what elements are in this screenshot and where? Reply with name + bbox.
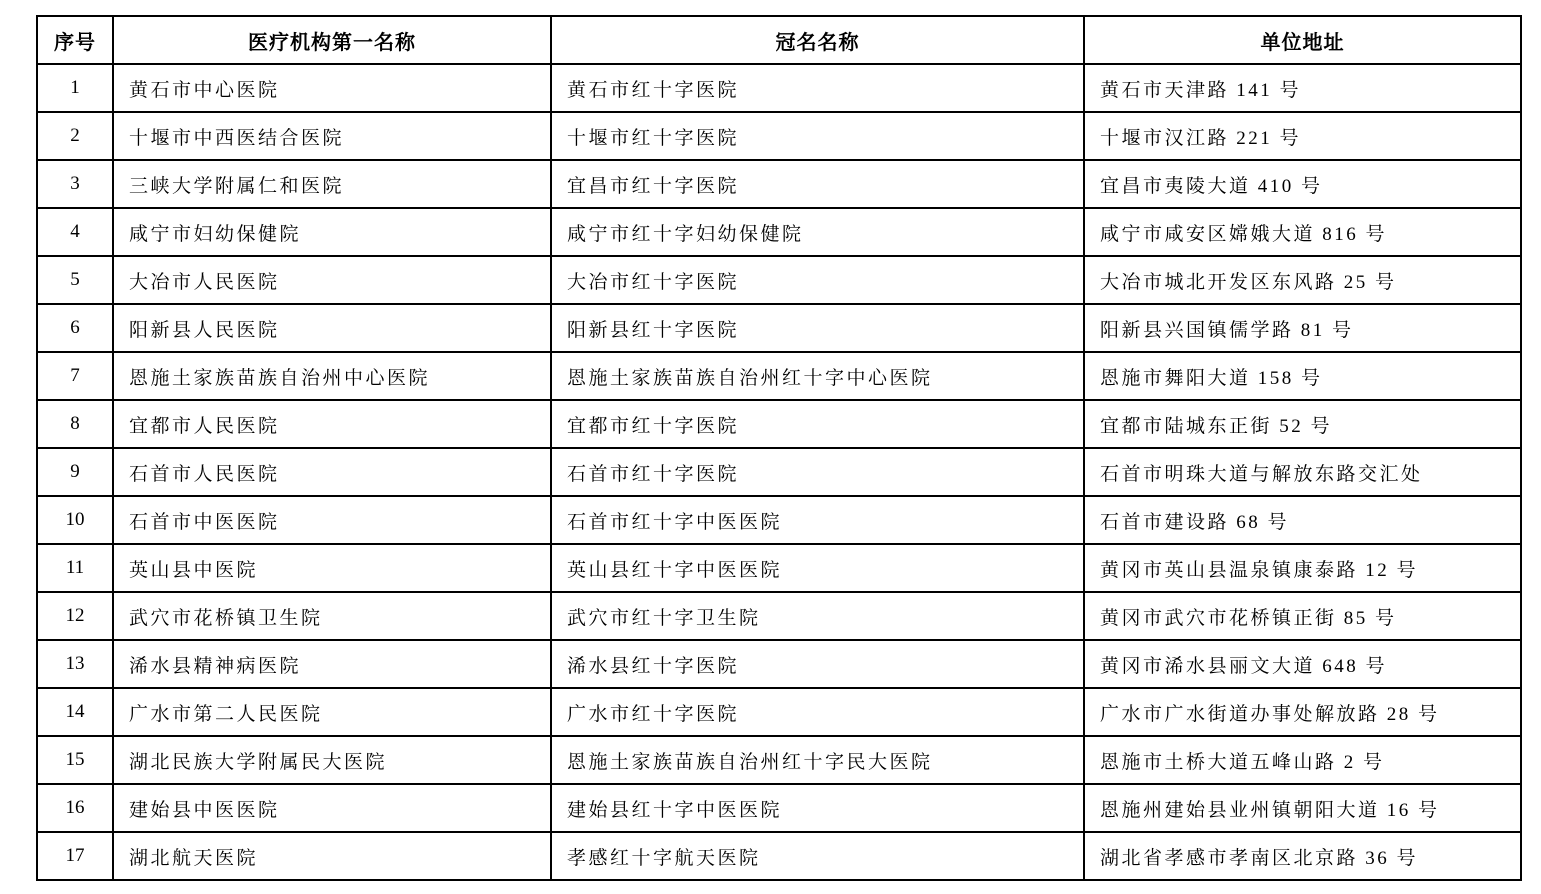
- institution-name-cell: 大冶市人民医院: [113, 256, 551, 304]
- serial-cell: 12: [37, 592, 113, 640]
- address-cell: 阳新县兴国镇儒学路 81 号: [1084, 304, 1521, 352]
- serial-cell: 17: [37, 832, 113, 880]
- address-cell: 十堰市汉江路 221 号: [1084, 112, 1521, 160]
- serial-cell: 13: [37, 640, 113, 688]
- header-institution-name: 医疗机构第一名称: [113, 16, 551, 64]
- address-cell: 宜都市陆城东正街 52 号: [1084, 400, 1521, 448]
- header-serial-number: 序号: [37, 16, 113, 64]
- institution-name-cell: 宜都市人民医院: [113, 400, 551, 448]
- serial-cell: 14: [37, 688, 113, 736]
- table-row: 14广水市第二人民医院广水市红十字医院广水市广水街道办事处解放路 28 号: [37, 688, 1521, 736]
- table-row: 9石首市人民医院石首市红十字医院石首市明珠大道与解放东路交汇处: [37, 448, 1521, 496]
- titled-name-cell: 浠水县红十字医院: [551, 640, 1084, 688]
- institution-name-cell: 三峡大学附属仁和医院: [113, 160, 551, 208]
- header-titled-name: 冠名名称: [551, 16, 1084, 64]
- serial-cell: 11: [37, 544, 113, 592]
- serial-cell: 10: [37, 496, 113, 544]
- table-row: 3三峡大学附属仁和医院宜昌市红十字医院宜昌市夷陵大道 410 号: [37, 160, 1521, 208]
- serial-cell: 15: [37, 736, 113, 784]
- address-cell: 宜昌市夷陵大道 410 号: [1084, 160, 1521, 208]
- address-cell: 咸宁市咸安区嫦娥大道 816 号: [1084, 208, 1521, 256]
- institution-name-cell: 湖北航天医院: [113, 832, 551, 880]
- address-cell: 大冶市城北开发区东风路 25 号: [1084, 256, 1521, 304]
- address-cell: 恩施市舞阳大道 158 号: [1084, 352, 1521, 400]
- titled-name-cell: 建始县红十字中医医院: [551, 784, 1084, 832]
- address-cell: 黄冈市英山县温泉镇康泰路 12 号: [1084, 544, 1521, 592]
- table-row: 17湖北航天医院孝感红十字航天医院湖北省孝感市孝南区北京路 36 号: [37, 832, 1521, 880]
- titled-name-cell: 石首市红十字中医医院: [551, 496, 1084, 544]
- institution-name-cell: 石首市中医医院: [113, 496, 551, 544]
- table-row: 4咸宁市妇幼保健院咸宁市红十字妇幼保健院咸宁市咸安区嫦娥大道 816 号: [37, 208, 1521, 256]
- address-cell: 黄冈市浠水县丽文大道 648 号: [1084, 640, 1521, 688]
- titled-name-cell: 英山县红十字中医医院: [551, 544, 1084, 592]
- address-cell: 恩施州建始县业州镇朝阳大道 16 号: [1084, 784, 1521, 832]
- table-row: 2十堰市中西医结合医院十堰市红十字医院十堰市汉江路 221 号: [37, 112, 1521, 160]
- titled-name-cell: 恩施土家族苗族自治州红十字民大医院: [551, 736, 1084, 784]
- document-page: 序号 医疗机构第一名称 冠名名称 单位地址 1黄石市中心医院黄石市红十字医院黄石…: [0, 0, 1541, 881]
- titled-name-cell: 大冶市红十字医院: [551, 256, 1084, 304]
- serial-cell: 7: [37, 352, 113, 400]
- address-cell: 广水市广水街道办事处解放路 28 号: [1084, 688, 1521, 736]
- address-cell: 黄石市天津路 141 号: [1084, 64, 1521, 112]
- serial-cell: 1: [37, 64, 113, 112]
- titled-name-cell: 阳新县红十字医院: [551, 304, 1084, 352]
- titled-name-cell: 宜昌市红十字医院: [551, 160, 1084, 208]
- serial-cell: 9: [37, 448, 113, 496]
- table-row: 6阳新县人民医院阳新县红十字医院阳新县兴国镇儒学路 81 号: [37, 304, 1521, 352]
- address-cell: 湖北省孝感市孝南区北京路 36 号: [1084, 832, 1521, 880]
- table-row: 1黄石市中心医院黄石市红十字医院黄石市天津路 141 号: [37, 64, 1521, 112]
- serial-cell: 16: [37, 784, 113, 832]
- address-cell: 恩施市土桥大道五峰山路 2 号: [1084, 736, 1521, 784]
- institution-name-cell: 英山县中医院: [113, 544, 551, 592]
- table-row: 16建始县中医医院建始县红十字中医医院恩施州建始县业州镇朝阳大道 16 号: [37, 784, 1521, 832]
- titled-name-cell: 咸宁市红十字妇幼保健院: [551, 208, 1084, 256]
- institution-name-cell: 咸宁市妇幼保健院: [113, 208, 551, 256]
- table-row: 15湖北民族大学附属民大医院恩施土家族苗族自治州红十字民大医院恩施市土桥大道五峰…: [37, 736, 1521, 784]
- serial-cell: 8: [37, 400, 113, 448]
- table-row: 8宜都市人民医院宜都市红十字医院宜都市陆城东正街 52 号: [37, 400, 1521, 448]
- address-cell: 石首市建设路 68 号: [1084, 496, 1521, 544]
- table-row: 12武穴市花桥镇卫生院武穴市红十字卫生院黄冈市武穴市花桥镇正街 85 号: [37, 592, 1521, 640]
- table-row: 11英山县中医院英山县红十字中医医院黄冈市英山县温泉镇康泰路 12 号: [37, 544, 1521, 592]
- serial-cell: 3: [37, 160, 113, 208]
- titled-name-cell: 恩施土家族苗族自治州红十字中心医院: [551, 352, 1084, 400]
- titled-name-cell: 孝感红十字航天医院: [551, 832, 1084, 880]
- institution-name-cell: 建始县中医医院: [113, 784, 551, 832]
- institution-name-cell: 武穴市花桥镇卫生院: [113, 592, 551, 640]
- serial-cell: 6: [37, 304, 113, 352]
- table-row: 7恩施土家族苗族自治州中心医院恩施土家族苗族自治州红十字中心医院恩施市舞阳大道 …: [37, 352, 1521, 400]
- titled-name-cell: 石首市红十字医院: [551, 448, 1084, 496]
- header-unit-address: 单位地址: [1084, 16, 1521, 64]
- table-row: 13浠水县精神病医院浠水县红十字医院黄冈市浠水县丽文大道 648 号: [37, 640, 1521, 688]
- titled-name-cell: 宜都市红十字医院: [551, 400, 1084, 448]
- serial-cell: 2: [37, 112, 113, 160]
- address-cell: 黄冈市武穴市花桥镇正街 85 号: [1084, 592, 1521, 640]
- institution-name-cell: 浠水县精神病医院: [113, 640, 551, 688]
- institution-name-cell: 黄石市中心医院: [113, 64, 551, 112]
- institution-name-cell: 广水市第二人民医院: [113, 688, 551, 736]
- institution-name-cell: 湖北民族大学附属民大医院: [113, 736, 551, 784]
- titled-name-cell: 十堰市红十字医院: [551, 112, 1084, 160]
- institution-name-cell: 恩施土家族苗族自治州中心医院: [113, 352, 551, 400]
- table-row: 5大冶市人民医院大冶市红十字医院大冶市城北开发区东风路 25 号: [37, 256, 1521, 304]
- table-row: 10石首市中医医院石首市红十字中医医院石首市建设路 68 号: [37, 496, 1521, 544]
- hospital-red-cross-naming-table: 序号 医疗机构第一名称 冠名名称 单位地址 1黄石市中心医院黄石市红十字医院黄石…: [36, 15, 1522, 881]
- institution-name-cell: 十堰市中西医结合医院: [113, 112, 551, 160]
- header-row: 序号 医疗机构第一名称 冠名名称 单位地址: [37, 16, 1521, 64]
- address-cell: 石首市明珠大道与解放东路交汇处: [1084, 448, 1521, 496]
- serial-cell: 5: [37, 256, 113, 304]
- serial-cell: 4: [37, 208, 113, 256]
- institution-name-cell: 阳新县人民医院: [113, 304, 551, 352]
- titled-name-cell: 武穴市红十字卫生院: [551, 592, 1084, 640]
- institution-name-cell: 石首市人民医院: [113, 448, 551, 496]
- titled-name-cell: 黄石市红十字医院: [551, 64, 1084, 112]
- titled-name-cell: 广水市红十字医院: [551, 688, 1084, 736]
